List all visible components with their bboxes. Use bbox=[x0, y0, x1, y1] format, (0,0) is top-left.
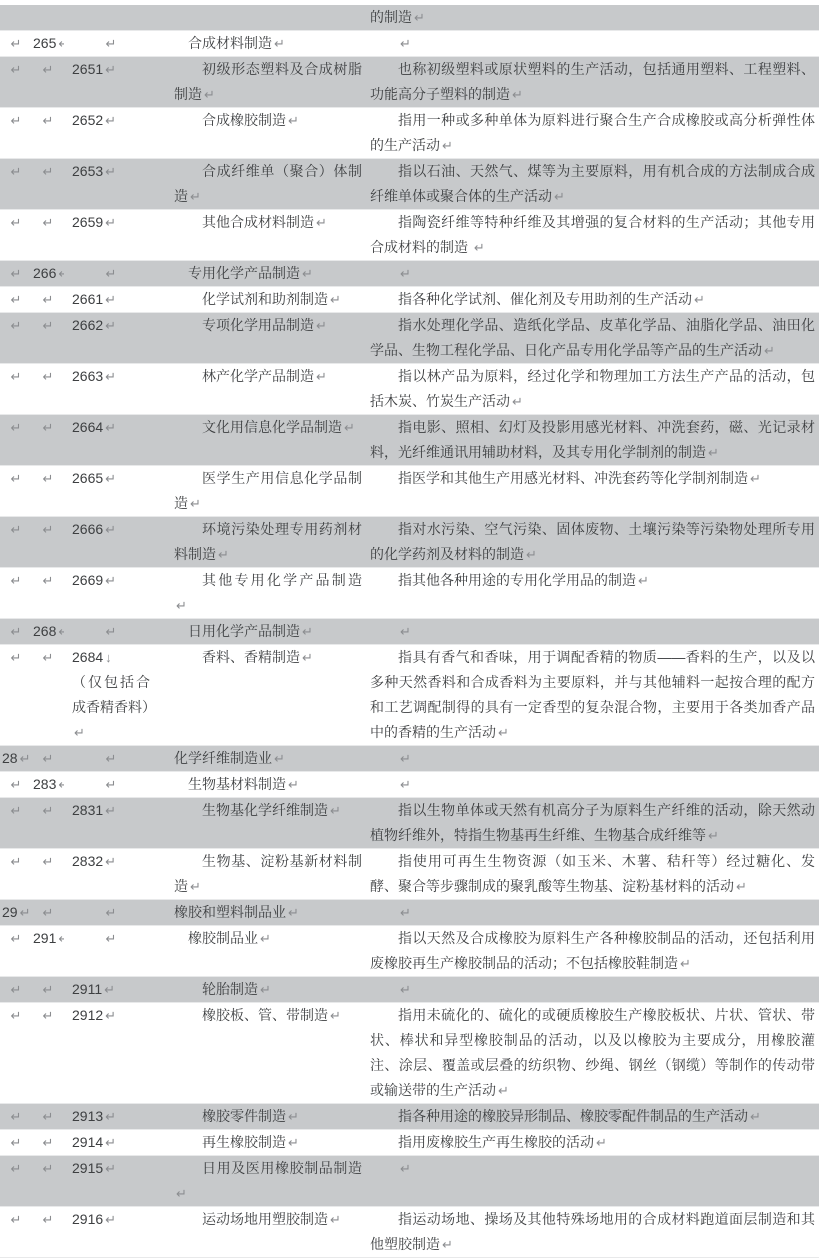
cell-code-level3[interactable]: ↵ bbox=[64, 261, 156, 287]
cell-description[interactable]: 指对水污染、空气污染、固体废物、土壤污染等污染物处理所专用的化学药剂及材料的制造… bbox=[368, 517, 819, 568]
description-text: 指其他各种用途的专用化学用品的制造 bbox=[398, 572, 636, 588]
line-break-mark-icon: ↓ bbox=[103, 650, 112, 665]
cell-category-name[interactable]: 日用化学产品制造↵ bbox=[156, 619, 368, 645]
cell-code-level2[interactable]: ↵ bbox=[30, 517, 64, 568]
category-name-text: 生物基、淀粉基新材料制造 bbox=[174, 853, 362, 894]
cell-code-level1[interactable]: ↵ bbox=[0, 466, 30, 517]
cell-code-level1[interactable] bbox=[0, 5, 30, 31]
cell-code-level2[interactable]: ↵ bbox=[30, 568, 64, 619]
table-row: ↵ ↵ 2684↓（仅包括合成香精香料）↵ 香料、香精制造↵ 指具有香气和香味，… bbox=[0, 645, 819, 746]
paragraph-mark-icon: ↵ bbox=[41, 420, 54, 435]
industry-code: 2914 bbox=[72, 1134, 103, 1150]
cell-code-level3[interactable]: 2652↵ bbox=[64, 108, 156, 159]
paragraph-mark-icon: ↵ bbox=[328, 292, 341, 307]
industry-code: 268 bbox=[33, 623, 56, 639]
paragraph-mark-icon: ↵ bbox=[510, 394, 523, 409]
description-text: 指使用可再生生物资源（如玉米、木薯、秸秆等）经过糖化、发酵、聚合等步骤制成的聚乳… bbox=[370, 853, 815, 894]
cell-description[interactable]: 指以林产品为原料，经过化学和物理加工方法生产产品的活动，包括木炭、竹炭生产活动↵ bbox=[368, 364, 819, 415]
cell-code-level1[interactable]: ↵ bbox=[0, 1207, 30, 1258]
paragraph-mark-icon: ↵ bbox=[103, 1161, 116, 1176]
description-text: 指具有香气和香味，用于调配香精的物质——香料的生产，以及以多种天然香料和合成香料… bbox=[370, 649, 815, 740]
industry-code: 28 bbox=[2, 750, 18, 766]
cell-code-level3[interactable]: ↵ bbox=[64, 772, 156, 798]
cell-category-name[interactable]: 合成橡胶制造↵ bbox=[156, 108, 368, 159]
table-row: ↵ ↵ 2653↵ 合成纤维单（聚合）体制造↵ 指以石油、天然气、煤等为主要原料… bbox=[0, 159, 819, 210]
table-row: ↵ ↵ 2666↵ 环境污染处理专用药剂材料制造↵ 指对水污染、空气污染、固体废… bbox=[0, 517, 819, 568]
cell-code-level3[interactable]: 2651↵ bbox=[64, 57, 156, 108]
paragraph-mark-icon: ↵ bbox=[9, 113, 22, 128]
paragraph-mark-icon: ↵ bbox=[552, 189, 565, 204]
cell-category-name[interactable]: 其他合成材料制造↵ bbox=[156, 210, 368, 261]
paragraph-mark-icon: ↵ bbox=[41, 1212, 54, 1227]
paragraph-mark-icon: ↵ bbox=[9, 624, 22, 639]
category-name-text: 轮胎制造 bbox=[202, 981, 258, 997]
cell-description[interactable]: 指以生物单体或天然有机高分子为原料生产纤维的活动，除天然动植物纤维外，特指生物基… bbox=[368, 798, 819, 849]
paragraph-mark-icon: ↵ bbox=[524, 547, 537, 562]
paragraph-mark-icon: ↵ bbox=[41, 573, 54, 588]
cell-code-level1[interactable]: ↵ bbox=[0, 415, 30, 466]
cell-category-name[interactable]: 生物基化学纤维制造↵ bbox=[156, 798, 368, 849]
paragraph-mark-icon: ↵ bbox=[440, 1237, 453, 1252]
cell-code-level3[interactable]: 2664↵ bbox=[64, 415, 156, 466]
paragraph-mark-icon: ↵ bbox=[314, 369, 327, 384]
cell-description[interactable]: ↵ bbox=[368, 977, 819, 1003]
cell-code-level1[interactable]: ↵ bbox=[0, 261, 30, 287]
cell-code-level2[interactable]: ↵ bbox=[30, 1207, 64, 1258]
paragraph-mark-icon: ↵ bbox=[56, 624, 64, 639]
cell-category-name[interactable]: 合成纤维单（聚合）体制造↵ bbox=[156, 159, 368, 210]
cell-description[interactable]: 指各种用途的橡胶异形制品、橡胶零配件制品的生产活动↵ bbox=[368, 1104, 819, 1130]
classification-table-body: 的制造↵ ↵ 265↵ ↵ 合成材料制造↵ ↵ ↵ ↵ 2651↵ 初级形态塑料… bbox=[0, 5, 819, 1258]
cell-code-level1[interactable]: ↵ bbox=[0, 364, 30, 415]
cell-category-name[interactable]: 林产化学产品制造↵ bbox=[156, 364, 368, 415]
table-row: ↵ 291↵ ↵ 橡胶制品业↵ 指以天然及合成橡胶为原料生产各种橡胶制品的活动，… bbox=[0, 926, 819, 977]
paragraph-mark-icon: ↵ bbox=[56, 931, 64, 946]
cell-code-level3[interactable]: 2915↵ bbox=[64, 1156, 156, 1207]
cell-code-level3[interactable]: 2911↵ bbox=[64, 977, 156, 1003]
paragraph-mark-icon: ↵ bbox=[9, 931, 22, 946]
cell-code-level2[interactable]: 268↵ bbox=[30, 619, 64, 645]
cell-code-level2[interactable]: ↵ bbox=[30, 287, 64, 313]
paragraph-mark-icon: ↵ bbox=[472, 240, 485, 255]
table-row: ↵ ↵ 2664↵ 文化用信息化学品制造↵ 指电影、照相、幻灯及投影用感光材料、… bbox=[0, 415, 819, 466]
cell-code-level2[interactable]: ↵ bbox=[30, 645, 64, 746]
cell-code-level1[interactable]: ↵ bbox=[0, 645, 30, 746]
cell-description[interactable]: ↵ bbox=[368, 261, 819, 287]
cell-category-name[interactable]: 化学纤维制造业↵ bbox=[156, 746, 368, 772]
paragraph-mark-icon: ↵ bbox=[41, 803, 54, 818]
cell-description[interactable]: ↵ bbox=[368, 772, 819, 798]
table-row: 28↵ ↵ ↵ 化学纤维制造业↵ ↵ bbox=[0, 746, 819, 772]
cell-code-level2[interactable]: ↵ bbox=[30, 364, 64, 415]
paragraph-mark-icon: ↵ bbox=[103, 1135, 116, 1150]
cell-code-level1[interactable]: 29↵ bbox=[0, 900, 30, 926]
cell-code-level2[interactable]: ↵ bbox=[30, 1156, 64, 1207]
cell-description[interactable]: 指陶瓷纤维等特种纤维及其增强的复合材料的生产活动；其他专用合成材料的制造 ↵ bbox=[368, 210, 819, 261]
paragraph-mark-icon: ↵ bbox=[103, 113, 116, 128]
paragraph-mark-icon: ↵ bbox=[104, 777, 117, 792]
cell-code-level2[interactable]: ↵ bbox=[30, 900, 64, 926]
cell-category-name[interactable]: 专项化学用品制造↵ bbox=[156, 313, 368, 364]
cell-code-level1[interactable]: ↵ bbox=[0, 926, 30, 977]
paragraph-mark-icon: ↵ bbox=[41, 1008, 54, 1023]
description-text: 指用一种或多种单体为原料进行聚合生产合成橡胶或高分析弹性体的生产活动 bbox=[370, 112, 815, 153]
cell-category-name[interactable]: 生物基材料制造↵ bbox=[156, 772, 368, 798]
category-name-text: 生物基化学纤维制造 bbox=[202, 802, 328, 818]
cell-description[interactable]: ↵ bbox=[368, 619, 819, 645]
paragraph-mark-icon: ↵ bbox=[9, 292, 22, 307]
category-name-text: 其他合成材料制造 bbox=[202, 214, 314, 230]
cell-code-level1[interactable]: ↵ bbox=[0, 568, 30, 619]
category-name-text: 合成纤维单（聚合）体制造 bbox=[174, 163, 362, 204]
cell-code-level3[interactable]: 2659↵ bbox=[64, 210, 156, 261]
cell-code-level3[interactable]: ↵ bbox=[64, 619, 156, 645]
cell-code-level1[interactable]: ↵ bbox=[0, 849, 30, 900]
cell-code-level3[interactable]: 2916↵ bbox=[64, 1207, 156, 1258]
description-text: 指以林产品为原料，经过化学和物理加工方法生产产品的活动，包括木炭、竹炭生产活动 bbox=[370, 368, 815, 409]
cell-code-level1[interactable]: ↵ bbox=[0, 619, 30, 645]
cell-code-level3[interactable]: 2831↵ bbox=[64, 798, 156, 849]
paragraph-mark-icon: ↵ bbox=[216, 547, 229, 562]
cell-category-name[interactable]: 医学生产用信息化学品制造↵ bbox=[156, 466, 368, 517]
paragraph-mark-icon: ↵ bbox=[103, 62, 116, 77]
paragraph-mark-icon: ↵ bbox=[104, 36, 117, 51]
cell-code-level3[interactable]: 2661↵ bbox=[64, 287, 156, 313]
paragraph-mark-icon: ↵ bbox=[286, 1135, 299, 1150]
description-text: 指水处理化学品、造纸化学品、皮革化学品、油脂化学品、油田化学品、生物工程化学品、… bbox=[370, 317, 815, 358]
cell-code-level2[interactable]: ↵ bbox=[30, 57, 64, 108]
cell-code-level3[interactable]: 2653↵ bbox=[64, 159, 156, 210]
category-name-text: 化学试剂和助剂制造 bbox=[202, 291, 328, 307]
code-note: （仅包括合成香精香料）↵ bbox=[72, 670, 156, 745]
category-name-text: 日用化学产品制造 bbox=[188, 623, 300, 639]
cell-category-name[interactable]: 再生橡胶制造↵ bbox=[156, 1130, 368, 1156]
paragraph-mark-icon: ↵ bbox=[398, 36, 411, 51]
paragraph-mark-icon: ↵ bbox=[300, 624, 313, 639]
table-row: ↵ ↵ 2912↵ 橡胶板、管、带制造↵ 指用未硫化的、硫化的或硬质橡胶生产橡胶… bbox=[0, 1003, 819, 1104]
cell-code-level2[interactable]: ↵ bbox=[30, 1130, 64, 1156]
cell-code-level2[interactable]: ↵ bbox=[30, 159, 64, 210]
paragraph-mark-icon: ↵ bbox=[103, 803, 116, 818]
code-note-text: （仅包括合成香精香料） bbox=[72, 674, 156, 715]
industry-code: 2665 bbox=[72, 470, 103, 486]
cell-category-name[interactable]: 香料、香精制造↵ bbox=[156, 645, 368, 746]
category-name-text: 其他专用化学产品制造 bbox=[202, 572, 368, 588]
paragraph-mark-icon: ↵ bbox=[188, 879, 201, 894]
paragraph-mark-icon: ↵ bbox=[9, 1135, 22, 1150]
table-row: ↵ ↵ 2652↵ 合成橡胶制造↵ 指用一种或多种单体为原料进行聚合生产合成橡胶… bbox=[0, 108, 819, 159]
cell-code-level3[interactable]: 2666↵ bbox=[64, 517, 156, 568]
paragraph-mark-icon: ↵ bbox=[9, 164, 22, 179]
table-row: ↵ ↵ 2913↵ 橡胶零件制造↵ 指各种用途的橡胶异形制品、橡胶零配件制品的生… bbox=[0, 1104, 819, 1130]
cell-code-level3[interactable]: 2832↵ bbox=[64, 849, 156, 900]
paragraph-mark-icon: ↵ bbox=[762, 343, 775, 358]
cell-category-name[interactable]: 轮胎制造↵ bbox=[156, 977, 368, 1003]
industry-code: 2915 bbox=[72, 1160, 103, 1176]
cell-category-name[interactable]: 橡胶零件制造↵ bbox=[156, 1104, 368, 1130]
table-row: ↵ ↵ 2665↵ 医学生产用信息化学品制造↵ 指医学和其他生产用感光材料、冲洗… bbox=[0, 466, 819, 517]
paragraph-mark-icon: ↵ bbox=[103, 1109, 116, 1124]
cell-description[interactable]: 指运动场地、操场及其他特殊场地用的合成材料跑道面层制造和其他塑胶制造↵ bbox=[368, 1207, 819, 1258]
table-row: ↵ 268↵ ↵ 日用化学产品制造↵ ↵ bbox=[0, 619, 819, 645]
paragraph-mark-icon: ↵ bbox=[103, 471, 116, 486]
cell-code-level2[interactable]: 283↵ bbox=[30, 772, 64, 798]
cell-code-level2[interactable]: ↵ bbox=[30, 977, 64, 1003]
category-name-text: 合成材料制造 bbox=[188, 35, 272, 51]
cell-category-name[interactable]: 运动场地用塑胶制造↵ bbox=[156, 1207, 368, 1258]
paragraph-mark-icon: ↵ bbox=[342, 420, 355, 435]
cell-code-level3[interactable]: 2684↓（仅包括合成香精香料）↵ bbox=[64, 645, 156, 746]
description-text: 指以生物单体或天然有机高分子为原料生产纤维的活动，除天然动植物纤维外，特指生物基… bbox=[370, 802, 815, 843]
cell-description[interactable]: 指水处理化学品、造纸化学品、皮革化学品、油脂化学品、油田化学品、生物工程化学品、… bbox=[368, 313, 819, 364]
paragraph-mark-icon: ↵ bbox=[9, 1161, 22, 1176]
paragraph-mark-icon: ↵ bbox=[398, 624, 411, 639]
paragraph-mark-icon: ↵ bbox=[398, 1161, 411, 1176]
paragraph-mark-icon: ↵ bbox=[56, 777, 64, 792]
cell-code-level2[interactable] bbox=[30, 5, 64, 31]
category-name-text: 合成橡胶制造 bbox=[202, 112, 286, 128]
description-text: 指各种用途的橡胶异形制品、橡胶零配件制品的生产活动 bbox=[398, 1108, 748, 1124]
industry-code: 2916 bbox=[72, 1211, 103, 1227]
cell-code-level1[interactable]: ↵ bbox=[0, 108, 30, 159]
cell-code-level1[interactable]: ↵ bbox=[0, 57, 30, 108]
paragraph-mark-icon: ↵ bbox=[9, 803, 22, 818]
paragraph-mark-icon: ↵ bbox=[41, 215, 54, 230]
paragraph-mark-icon: ↵ bbox=[18, 905, 30, 920]
cell-code-level3[interactable]: 2665↵ bbox=[64, 466, 156, 517]
paragraph-mark-icon: ↵ bbox=[102, 982, 115, 997]
cell-code-level3[interactable]: ↵ bbox=[64, 926, 156, 977]
paragraph-mark-icon: ↵ bbox=[103, 164, 116, 179]
cell-description[interactable]: ↵ bbox=[368, 900, 819, 926]
cell-code-level2[interactable]: ↵ bbox=[30, 849, 64, 900]
description-text: 指电影、照相、幻灯及投影用感光材料、冲洗套药，磁、光记录材料，光纤维通讯用辅助材… bbox=[370, 419, 815, 460]
cell-code-level2[interactable]: ↵ bbox=[30, 1104, 64, 1130]
table-row: ↵ ↵ 2651↵ 初级形态塑料及合成树脂制造↵ 也称初级塑料或原状塑料的生产活… bbox=[0, 57, 819, 108]
cell-category-name[interactable]: 专用化学产品制造↵ bbox=[156, 261, 368, 287]
cell-code-level1[interactable]: ↵ bbox=[0, 287, 30, 313]
cell-code-level1[interactable]: ↵ bbox=[0, 159, 30, 210]
paragraph-mark-icon: ↵ bbox=[692, 292, 705, 307]
paragraph-mark-icon: ↵ bbox=[41, 113, 54, 128]
cell-code-level1[interactable]: ↵ bbox=[0, 313, 30, 364]
paragraph-mark-icon: ↵ bbox=[41, 1109, 54, 1124]
paragraph-mark-icon: ↵ bbox=[18, 751, 30, 766]
industry-code: 283 bbox=[33, 776, 56, 792]
paragraph-mark-icon: ↵ bbox=[103, 854, 116, 869]
table-row: ↵ ↵ 2661↵ 化学试剂和助剂制造↵ 指各种化学试剂、催化剂及专用助剂的生产… bbox=[0, 287, 819, 313]
table-row: ↵ 266↵ ↵ 专用化学产品制造↵ ↵ bbox=[0, 261, 819, 287]
cell-code-level2[interactable]: ↵ bbox=[30, 415, 64, 466]
paragraph-mark-icon: ↵ bbox=[748, 1109, 761, 1124]
paragraph-mark-icon: ↵ bbox=[328, 803, 341, 818]
paragraph-mark-icon: ↵ bbox=[104, 931, 117, 946]
cell-description[interactable]: 指使用可再生生物资源（如玉米、木薯、秸秆等）经过糖化、发酵、聚合等步骤制成的聚乳… bbox=[368, 849, 819, 900]
table-row: ↵ ↵ 2669↵ 其他专用化学产品制造 ↵ 指其他各种用途的专用化学用品的制造… bbox=[0, 568, 819, 619]
cell-description[interactable]: ↵ bbox=[368, 31, 819, 57]
cell-code-level1[interactable]: ↵ bbox=[0, 1156, 30, 1207]
cell-category-name[interactable]: 橡胶制品业↵ bbox=[156, 926, 368, 977]
cell-code-level3[interactable]: ↵ bbox=[64, 746, 156, 772]
industry-code: 2664 bbox=[72, 419, 103, 435]
cell-code-level2[interactable]: ↵ bbox=[30, 1003, 64, 1104]
cell-description[interactable]: 指其他各种用途的专用化学用品的制造↵ bbox=[368, 568, 819, 619]
paragraph-mark-icon: ↵ bbox=[9, 573, 22, 588]
cell-description[interactable]: 也称初级塑料或原状塑料的生产活动，包括通用塑料、工程塑料、功能高分子塑料的制造↵ bbox=[368, 57, 819, 108]
paragraph-mark-icon: ↵ bbox=[41, 650, 54, 665]
cell-code-level3[interactable]: 2662↵ bbox=[64, 313, 156, 364]
cell-code-level1[interactable]: ↵ bbox=[0, 1130, 30, 1156]
table-row: ↵ ↵ 2663↵ 林产化学产品制造↵ 指以林产品为原料，经过化学和物理加工方法… bbox=[0, 364, 819, 415]
cell-code-level1[interactable]: ↵ bbox=[0, 772, 30, 798]
cell-description[interactable]: 指以石油、天然气、煤等为主要原料，用有机合成的方法制成合成纤维单体或聚合体的生产… bbox=[368, 159, 819, 210]
cell-code-level3[interactable]: ↵ bbox=[64, 31, 156, 57]
description-text: 指运动场地、操场及其他特殊场地用的合成材料跑道面层制造和其他塑胶制造 bbox=[370, 1211, 815, 1252]
paragraph-mark-icon: ↵ bbox=[41, 522, 54, 537]
cell-code-level1[interactable]: ↵ bbox=[0, 1104, 30, 1130]
category-name-text: 橡胶零件制造 bbox=[202, 1108, 286, 1124]
paragraph-mark-icon: ↵ bbox=[706, 445, 719, 460]
description-text: 的制造 bbox=[370, 9, 412, 25]
cell-category-name[interactable]: 初级形态塑料及合成树脂制造↵ bbox=[156, 57, 368, 108]
cell-code-level3[interactable]: 2913↵ bbox=[64, 1104, 156, 1130]
paragraph-mark-icon: ↵ bbox=[103, 318, 116, 333]
industry-code: 2913 bbox=[72, 1108, 103, 1124]
paragraph-mark-icon: ↵ bbox=[328, 1212, 341, 1227]
description-text: 指各种化学试剂、催化剂及专用助剂的生产活动 bbox=[398, 291, 692, 307]
cell-description[interactable]: 指用废橡胶生产再生橡胶的活动↵ bbox=[368, 1130, 819, 1156]
paragraph-mark-icon: ↵ bbox=[103, 215, 116, 230]
cell-code-level2[interactable]: 291↵ bbox=[30, 926, 64, 977]
table-row: ↵ ↵ 2914↵ 再生橡胶制造↵ 指用废橡胶生产再生橡胶的活动↵ bbox=[0, 1130, 819, 1156]
paragraph-mark-icon: ↵ bbox=[398, 982, 411, 997]
cell-category-name[interactable]: 环境污染处理专用药剂材料制造↵ bbox=[156, 517, 368, 568]
paragraph-mark-icon: ↵ bbox=[41, 369, 54, 384]
paragraph-mark-icon: ↵ bbox=[9, 982, 22, 997]
cell-code-level1[interactable]: ↵ bbox=[0, 517, 30, 568]
cell-description[interactable]: 指具有香气和香味，用于调配香精的物质——香料的生产，以及以多种天然香料和合成香料… bbox=[368, 645, 819, 746]
cell-category-name[interactable]: 橡胶板、管、带制造↵ bbox=[156, 1003, 368, 1104]
cell-code-level3[interactable]: 2663↵ bbox=[64, 364, 156, 415]
cell-description[interactable]: 指各种化学试剂、催化剂及专用助剂的生产活动↵ bbox=[368, 287, 819, 313]
cell-description[interactable]: 指用一种或多种单体为原料进行聚合生产合成橡胶或高分析弹性体的生产活动↵ bbox=[368, 108, 819, 159]
paragraph-mark-icon: ↵ bbox=[636, 573, 649, 588]
cell-category-name[interactable]: 文化用信息化学品制造↵ bbox=[156, 415, 368, 466]
cell-category-name[interactable]: 生物基、淀粉基新材料制造↵ bbox=[156, 849, 368, 900]
paragraph-mark-icon: ↵ bbox=[258, 982, 271, 997]
paragraph-mark-icon: ↵ bbox=[103, 522, 116, 537]
paragraph-mark-icon: ↵ bbox=[41, 471, 54, 486]
cell-code-level2[interactable]: 265↵ bbox=[30, 31, 64, 57]
cell-description[interactable]: 指医学和其他生产用感光材料、冲洗套药等化学制剂制造↵ bbox=[368, 466, 819, 517]
category-name-text: 化学纤维制造业 bbox=[174, 750, 272, 766]
paragraph-mark-icon: ↵ bbox=[398, 777, 411, 792]
cell-category-name[interactable] bbox=[156, 5, 368, 31]
category-name-text: 生物基材料制造 bbox=[188, 776, 286, 792]
paragraph-mark-icon: ↵ bbox=[188, 189, 201, 204]
industry-code: 2666 bbox=[72, 521, 103, 537]
cell-code-level1[interactable]: ↵ bbox=[0, 977, 30, 1003]
paragraph-mark-icon: ↵ bbox=[748, 471, 761, 486]
cell-code-level1[interactable]: 28↵ bbox=[0, 746, 30, 772]
paragraph-mark-icon: ↵ bbox=[103, 573, 116, 588]
cell-code-level2[interactable]: ↵ bbox=[30, 210, 64, 261]
paragraph-mark-icon: ↵ bbox=[41, 318, 54, 333]
cell-code-level2[interactable]: 266↵ bbox=[30, 261, 64, 287]
industry-code: 2659 bbox=[72, 214, 103, 230]
cell-description[interactable]: ↵ bbox=[368, 1156, 819, 1207]
paragraph-mark-icon: ↵ bbox=[440, 138, 453, 153]
paragraph-mark-icon: ↵ bbox=[9, 854, 22, 869]
cell-description[interactable]: 指电影、照相、幻灯及投影用感光材料、冲洗套药，磁、光记录材料，光纤维通讯用辅助材… bbox=[368, 415, 819, 466]
description-text: 指以石油、天然气、煤等为主要原料，用有机合成的方法制成合成纤维单体或聚合体的生产… bbox=[370, 163, 815, 204]
paragraph-mark-icon: ↵ bbox=[103, 369, 116, 384]
paragraph-mark-icon: ↵ bbox=[9, 471, 22, 486]
table-row: ↵ ↵ 2915↵ 日用及医用橡胶制品制造↵ ↵ bbox=[0, 1156, 819, 1207]
paragraph-mark-icon: ↵ bbox=[9, 318, 22, 333]
cell-code-level3[interactable]: 2912↵ bbox=[64, 1003, 156, 1104]
industry-code: 2669 bbox=[72, 572, 103, 588]
table-row: ↵ ↵ 2662↵ 专项化学用品制造↵ 指水处理化学品、造纸化学品、皮革化学品、… bbox=[0, 313, 819, 364]
cell-description[interactable]: ↵ bbox=[368, 746, 819, 772]
table-row: ↵ ↵ 2831↵ 生物基化学纤维制造↵ 指以生物单体或天然有机高分子为原料生产… bbox=[0, 798, 819, 849]
cell-code-level1[interactable]: ↵ bbox=[0, 1003, 30, 1104]
description-text: 指用未硫化的、硫化的或硬质橡胶生产橡胶板状、片状、管状、带状、棒状和异型橡胶制品… bbox=[370, 1007, 815, 1098]
paragraph-mark-icon: ↵ bbox=[103, 1008, 116, 1023]
cell-code-level1[interactable]: ↵ bbox=[0, 31, 30, 57]
paragraph-mark-icon: ↵ bbox=[41, 292, 54, 307]
cell-category-name[interactable]: 日用及医用橡胶制品制造↵ bbox=[156, 1156, 368, 1207]
cell-code-level3[interactable]: ↵ bbox=[64, 900, 156, 926]
industry-code: 2662 bbox=[72, 317, 103, 333]
cell-code-level3[interactable] bbox=[64, 5, 156, 31]
cell-description[interactable]: 指用未硫化的、硫化的或硬质橡胶生产橡胶板状、片状、管状、带状、棒状和异型橡胶制品… bbox=[368, 1003, 819, 1104]
cell-category-name[interactable]: 其他专用化学产品制造 ↵ bbox=[156, 568, 368, 619]
paragraph-mark-icon: ↵ bbox=[328, 1008, 341, 1023]
paragraph-mark-icon: ↵ bbox=[188, 496, 201, 511]
paragraph-mark-icon: ↵ bbox=[272, 751, 285, 766]
paragraph-mark-icon: ↵ bbox=[9, 62, 22, 77]
cell-category-name[interactable]: 橡胶和塑料制品业↵ bbox=[156, 900, 368, 926]
cell-code-level1[interactable]: ↵ bbox=[0, 798, 30, 849]
paragraph-mark-icon: ↵ bbox=[104, 751, 117, 766]
cell-category-name[interactable]: 化学试剂和助剂制造↵ bbox=[156, 287, 368, 313]
paragraph-mark-icon: ↵ bbox=[9, 1008, 22, 1023]
category-name-text: 林产化学产品制造 bbox=[202, 368, 314, 384]
paragraph-mark-icon: ↵ bbox=[272, 36, 285, 51]
paragraph-mark-icon: ↵ bbox=[41, 982, 54, 997]
paragraph-mark-icon: ↵ bbox=[174, 598, 187, 613]
cell-code-level2[interactable]: ↵ bbox=[30, 313, 64, 364]
paragraph-mark-icon: ↵ bbox=[9, 650, 22, 665]
cell-code-level2[interactable]: ↵ bbox=[30, 466, 64, 517]
paragraph-mark-icon: ↵ bbox=[103, 1212, 116, 1227]
paragraph-mark-icon: ↵ bbox=[678, 956, 691, 971]
industry-code: 266 bbox=[33, 265, 56, 281]
cell-code-level1[interactable]: ↵ bbox=[0, 210, 30, 261]
cell-code-level2[interactable]: ↵ bbox=[30, 798, 64, 849]
cell-code-level3[interactable]: 2669↵ bbox=[64, 568, 156, 619]
cell-category-name[interactable]: 合成材料制造↵ bbox=[156, 31, 368, 57]
category-name-text: 专项化学用品制造 bbox=[202, 317, 314, 333]
cell-description[interactable]: 的制造↵ bbox=[368, 5, 819, 31]
cell-code-level2[interactable]: ↵ bbox=[30, 746, 64, 772]
industry-code: 29 bbox=[2, 904, 18, 920]
cell-description[interactable]: 指以天然及合成橡胶为原料生产各种橡胶制品的活动，还包括利用废橡胶再生产橡胶制品的… bbox=[368, 926, 819, 977]
cell-code-level3[interactable]: 2914↵ bbox=[64, 1130, 156, 1156]
description-text: 指对水污染、空气污染、固体废物、土壤污染等污染物处理所专用的化学药剂及材料的制造 bbox=[370, 521, 815, 562]
cell-code-level2[interactable]: ↵ bbox=[30, 108, 64, 159]
